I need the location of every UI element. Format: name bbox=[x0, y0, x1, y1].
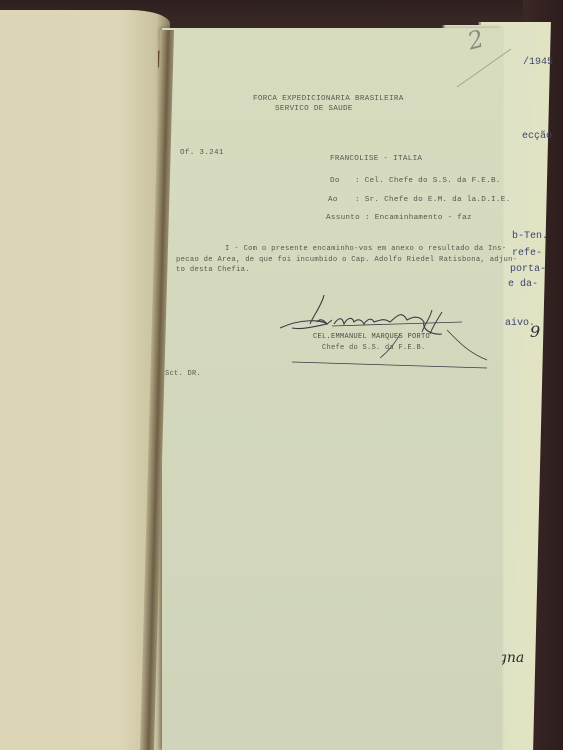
background-fragment: e da- bbox=[508, 279, 538, 290]
subject-value: : Encaminhamento - faz bbox=[365, 214, 472, 222]
signatory-title: Chefe do S.S. da F.E.B. bbox=[322, 344, 426, 352]
background-year: /1945 bbox=[523, 57, 553, 68]
body-line-2: pecao de Area, de que foi incumbido o Ca… bbox=[176, 256, 517, 264]
header-line-1: FORCA EXPEDICIONARIA BRASILEIRA bbox=[253, 95, 404, 103]
body-line-1: I - Com o presente encaminho-vos em anex… bbox=[225, 245, 506, 253]
background-fragment: ecção bbox=[522, 131, 552, 142]
signatory-name: CEL.EMMANUEL MARQUES PORTO bbox=[313, 333, 430, 341]
background-fragment: porta- bbox=[510, 264, 546, 275]
pencil-stroke-icon bbox=[455, 45, 515, 90]
reference-number: Of. 3.241 bbox=[180, 149, 224, 157]
from-value: : Cel. Chefe do S.S. da F.E.B. bbox=[355, 177, 501, 185]
background-fragment: b-Ten. bbox=[512, 231, 548, 242]
subject-label: Assunto bbox=[326, 214, 360, 222]
header-line-2: SERVICO DE SAUDE bbox=[275, 105, 353, 113]
signature-icon bbox=[272, 290, 497, 370]
main-document-page bbox=[162, 28, 502, 750]
to-label: Ao bbox=[328, 196, 338, 204]
handwritten-number: 9 bbox=[530, 322, 540, 341]
to-value: : Sr. Chefe do E.M. da la.D.I.E. bbox=[355, 196, 510, 204]
from-label: Do bbox=[330, 177, 340, 185]
body-line-3: to desta Chefia. bbox=[176, 266, 250, 274]
typist-initials: Sct. DR. bbox=[165, 370, 201, 378]
place-line: FRANCOLISE - ITALIA bbox=[330, 155, 422, 163]
